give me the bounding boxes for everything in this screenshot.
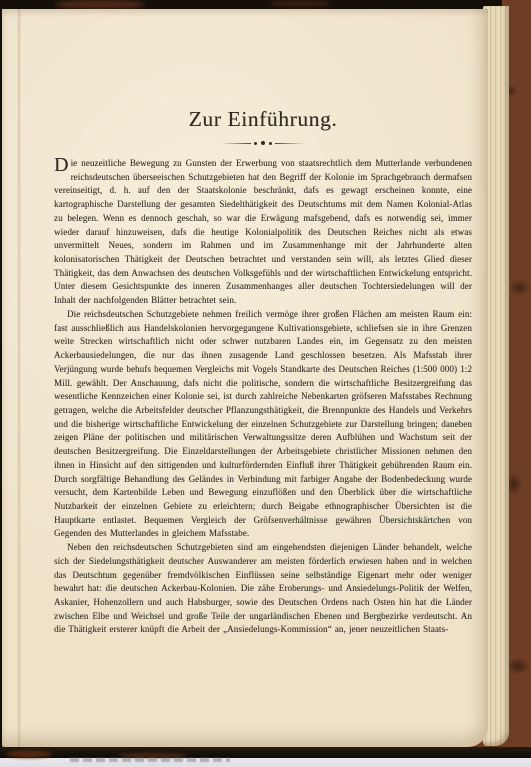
paragraph-text: ie neuzeitliche Bewegung zu Gunsten der … xyxy=(54,158,472,305)
page-gutter-shadow xyxy=(17,9,21,747)
cover-top-wear-mark xyxy=(55,0,145,9)
cover-wear-smudge xyxy=(6,750,52,758)
book-bottom-edge xyxy=(0,747,531,758)
drop-cap-initial: D xyxy=(54,157,71,173)
paragraph-introduction: Die neuzeitliche Bewegung zu Gunsten der… xyxy=(54,157,472,308)
ornament-line-left xyxy=(221,143,251,144)
ornament-line-right xyxy=(275,143,305,144)
book-page: Zur Einführung. Die neuzeitliche Bewegun… xyxy=(2,9,488,747)
ornament-dot xyxy=(269,142,272,145)
scan-watermark xyxy=(70,758,230,762)
page-title: Zur Einführung. xyxy=(54,107,472,131)
paragraph-ackerbau-kolonien: Neben den reichsdeutschen Schutzgebieten… xyxy=(54,541,472,637)
ornament-dot xyxy=(261,141,265,145)
page-text-column: Zur Einführung. Die neuzeitliche Bewegun… xyxy=(54,107,472,637)
title-ornament-divider-icon xyxy=(213,139,313,147)
paragraph-schutzgebiete: Die reichsdeutschen Schutzgebiete nehmen… xyxy=(54,308,472,541)
cover-top-wear-mark xyxy=(270,0,330,7)
ornament-dot xyxy=(254,142,257,145)
body-text: Die neuzeitliche Bewegung zu Gunsten der… xyxy=(54,157,472,637)
